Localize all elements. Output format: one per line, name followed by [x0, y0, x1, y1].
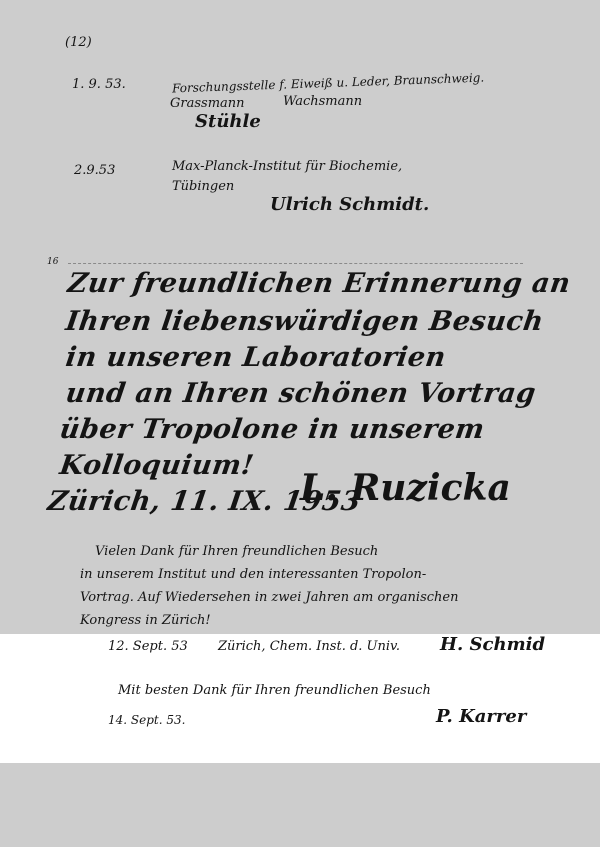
- entry-2-signature: Ulrich Schmidt.: [270, 196, 429, 214]
- dedication-signature: L. Ruzicka: [300, 470, 511, 506]
- entry-2-date: 2.9.53: [74, 164, 115, 177]
- final-note-text: Mit besten Dank für Ihren freundlichen B…: [118, 684, 431, 697]
- thanks-signature: H. Schmid: [440, 636, 545, 654]
- thanks-line-1: Vielen Dank für Ihren freundlichen Besuc…: [95, 545, 378, 558]
- thanks-date: 12. Sept. 53: [108, 640, 188, 653]
- dedication-line-6: Kolloquium!: [58, 452, 256, 479]
- dedication-line-2: Ihren liebenswürdigen Besuch: [64, 308, 545, 335]
- page-number: (12): [65, 36, 92, 49]
- entry-1-date: 1. 9. 53.: [72, 78, 126, 91]
- dedication-line-5: über Tropolone in unserem: [58, 416, 486, 443]
- entry-1-signature-2: Wachsmann: [283, 95, 362, 108]
- thanks-line-3: Vortrag. Auf Wiedersehen in zwei Jahren …: [80, 591, 458, 604]
- thanks-line-4: Kongress in Zürich!: [80, 614, 211, 627]
- final-note-date: 14. Sept. 53.: [108, 714, 185, 726]
- thanks-place: Zürich, Chem. Inst. d. Univ.: [218, 640, 400, 653]
- entry-1-text: Forschungsstelle f. Eiweiß u. Leder, Bra…: [172, 72, 484, 95]
- entry-1-signature-3: Stühle: [195, 113, 261, 131]
- final-note-signature: P. Karrer: [436, 708, 526, 726]
- dedication-line-3: in unseren Laboratorien: [64, 344, 448, 371]
- guestbook-page: (12) 1. 9. 53. Forschungsstelle f. Eiwei…: [0, 0, 600, 847]
- thanks-line-2: in unserem Institut und den interessante…: [80, 568, 426, 581]
- entry-2-text-line-2: Tübingen: [172, 180, 234, 193]
- dedication-line-1: Zur freundlichen Erinnerung an: [66, 270, 572, 297]
- entry-1-signature-1: Grassmann: [170, 97, 245, 110]
- margin-number: 16: [47, 258, 58, 267]
- dedication-line-4: und an Ihren schönen Vortrag: [64, 380, 537, 407]
- entry-2-text-line-1: Max-Planck-Institut für Biochemie,: [172, 160, 402, 173]
- dotted-rule: [68, 263, 523, 264]
